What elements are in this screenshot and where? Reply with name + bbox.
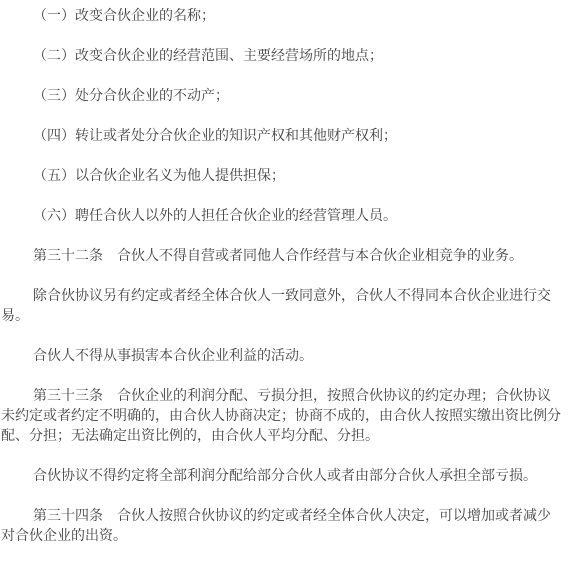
list-item-1: （一）改变合伙企业的名称； bbox=[1, 6, 561, 26]
list-item-4: （四）转让或者处分合伙企业的知识产权和其他财产权利； bbox=[1, 126, 561, 146]
article-33-paragraph-1: 第三十三条 合伙企业的利润分配、亏损分担，按照合伙协议的约定办理；合伙协议未约定… bbox=[1, 386, 561, 446]
list-item-2: （二）改变合伙企业的经营范围、主要经营场所的地点； bbox=[1, 46, 561, 66]
article-33-paragraph-2: 合伙协议不得约定将全部利润分配给部分合伙人或者由部分合伙人承担全部亏损。 bbox=[1, 466, 561, 486]
article-34-paragraph-1: 第三十四条 合伙人按照合伙协议的约定或者经全体合伙人决定，可以增加或者减少对合伙… bbox=[1, 506, 561, 546]
article-32-paragraph-2: 除合伙协议另有约定或者经全体合伙人一致同意外，合伙人不得同本合伙企业进行交易。 bbox=[1, 286, 561, 326]
article-32-paragraph-1: 第三十二条 合伙人不得自营或者同他人合作经营与本合伙企业相竞争的业务。 bbox=[1, 246, 561, 266]
list-item-6: （六）聘任合伙人以外的人担任合伙企业的经营管理人员。 bbox=[1, 206, 561, 226]
list-item-5: （五）以合伙企业名义为他人提供担保； bbox=[1, 166, 561, 186]
list-item-3: （三）处分合伙企业的不动产； bbox=[1, 86, 561, 106]
document-page: （一）改变合伙企业的名称； （二）改变合伙企业的经营范围、主要经营场所的地点； … bbox=[0, 0, 576, 567]
article-32-paragraph-3: 合伙人不得从事损害本合伙企业利益的活动。 bbox=[1, 346, 561, 366]
